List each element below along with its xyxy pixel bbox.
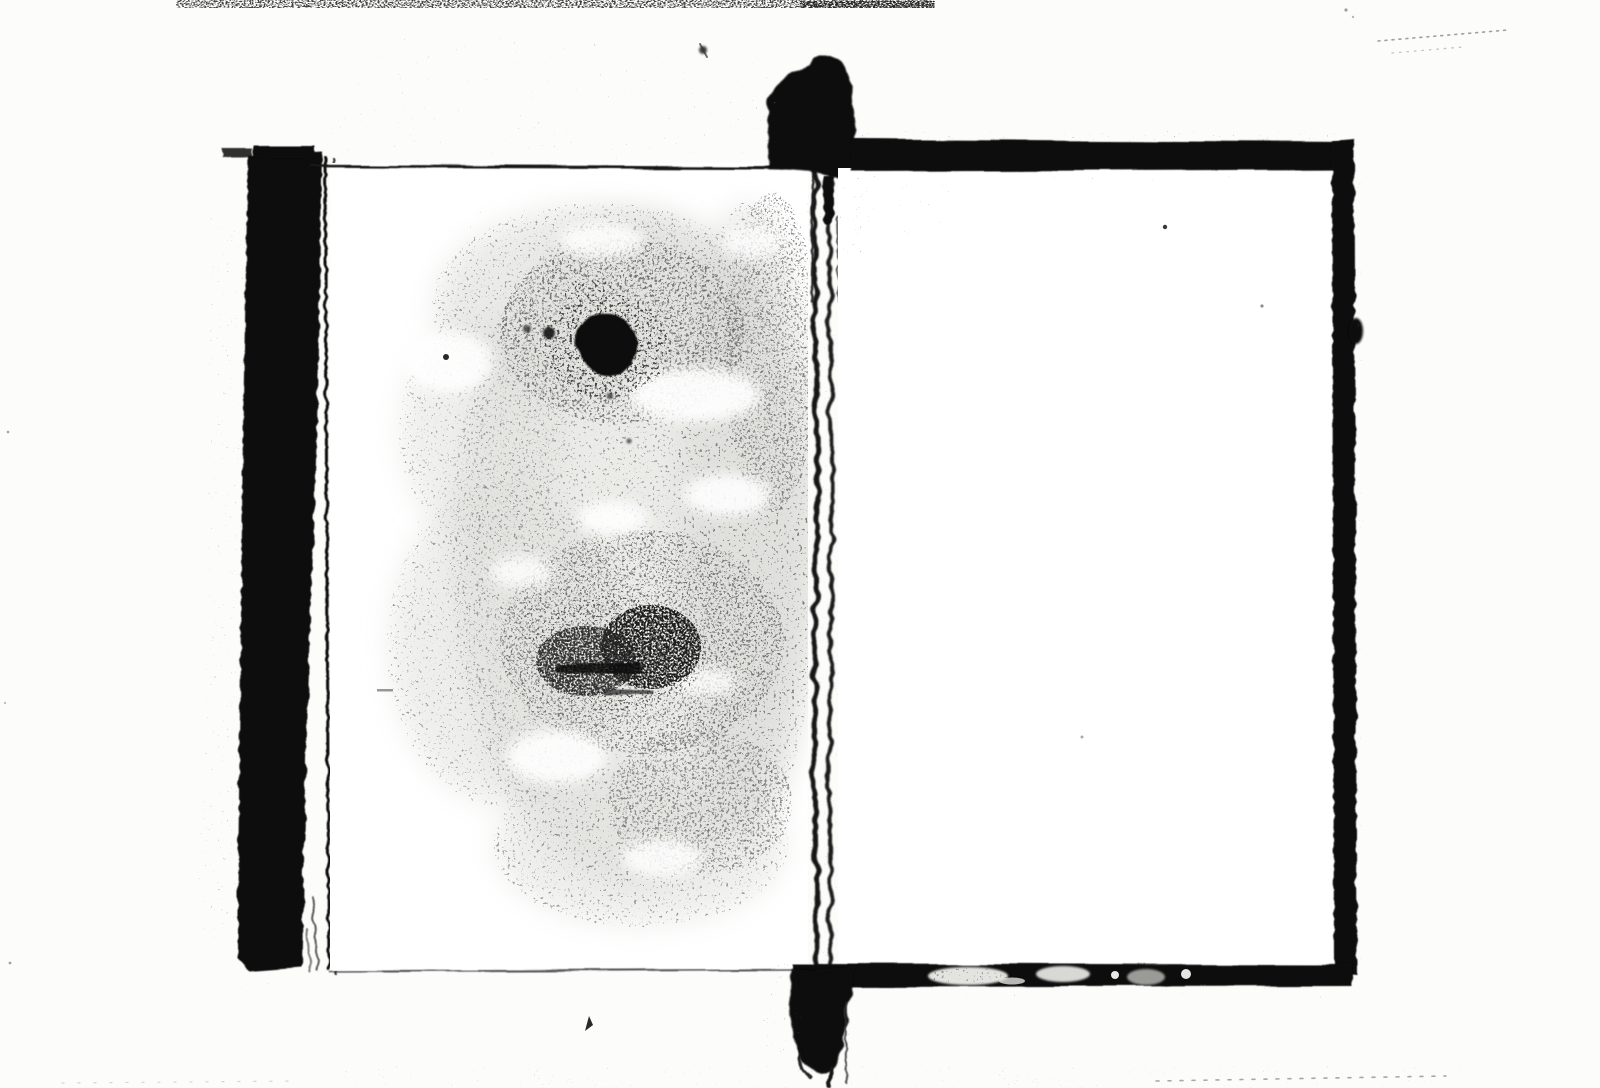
- stain-speckle-lefttendril: [412, 450, 492, 630]
- bottom-edge-scan-noise: [340, 1066, 1460, 1088]
- bottom-border-wear-6: [999, 978, 1025, 985]
- bottom-border-wear-4: [1127, 969, 1165, 985]
- ink-blot-lower-left: [536, 626, 636, 696]
- bottom-border-wear-2: [1036, 966, 1090, 982]
- top-tab-drip-1: [823, 176, 835, 225]
- stain-hole-4: [506, 730, 606, 784]
- ink-blot-upper-sat-2: [523, 325, 531, 333]
- stain-hole-6: [405, 331, 493, 393]
- stain-hole-9: [490, 556, 554, 588]
- ink-blot-upper-sat-1: [543, 327, 555, 339]
- gutter-line-left: [815, 170, 817, 972]
- cover-right-fringe: [1357, 150, 1363, 970]
- ink-blot-upper-tail: [562, 279, 616, 303]
- stray-speck-dash: [377, 689, 393, 692]
- below-spine-shadow: [224, 966, 320, 998]
- left-margin-speck-2: [4, 702, 6, 704]
- cover-under-bar-smudge-2: [838, 167, 874, 263]
- bottom-border-wear-3: [1111, 971, 1119, 979]
- book-scan-svg: [0, 0, 1600, 1088]
- ink-blot-upper-sat-4: [626, 438, 631, 443]
- cover-right-border: [1332, 140, 1357, 974]
- stray-speck-dot: [443, 354, 449, 360]
- top-edge-scan-noise-2: [800, 1, 935, 8]
- ink-blot-upper-sat-3: [607, 393, 613, 399]
- cover-bottom-fringe: [848, 987, 1350, 998]
- cover-top-underfringe: [852, 171, 1332, 180]
- stain-hole-2: [683, 474, 771, 516]
- stain-hole-7: [559, 222, 643, 258]
- spine-top-bump: [253, 146, 315, 158]
- top-tab-drip-2: [812, 176, 813, 300]
- bottom-border-wear-1-speck: [928, 967, 1008, 985]
- right-page: [838, 168, 1334, 968]
- bottom-border-wear-5: [1181, 969, 1191, 979]
- stain-hole-5: [622, 839, 702, 877]
- top-tab-fringe: [745, 74, 779, 190]
- bottom-tab-fringe-left: [757, 957, 801, 1067]
- topright-speck-2: [1352, 16, 1354, 18]
- ink-blot-lower-dash: [557, 664, 641, 673]
- left-margin-speck-1: [7, 431, 10, 434]
- bottom-tab-fringe-right: [846, 982, 874, 1062]
- left-margin-speck-3: [9, 962, 12, 965]
- spine-top-spur: [222, 149, 252, 158]
- right-page-speck-1: [1163, 225, 1167, 229]
- stain-hole-8: [722, 225, 782, 259]
- stain-hole-3: [577, 501, 647, 535]
- gutter-line-right: [829, 172, 831, 974]
- cover-top-border: [851, 139, 1351, 171]
- topright-speck-1: [1344, 8, 1347, 11]
- right-page-speck-3: [1081, 736, 1084, 739]
- right-page-speck-2: [1260, 304, 1263, 307]
- scanned-book-page: [0, 0, 1600, 1088]
- ink-blot-lower-dash-2: [604, 690, 654, 695]
